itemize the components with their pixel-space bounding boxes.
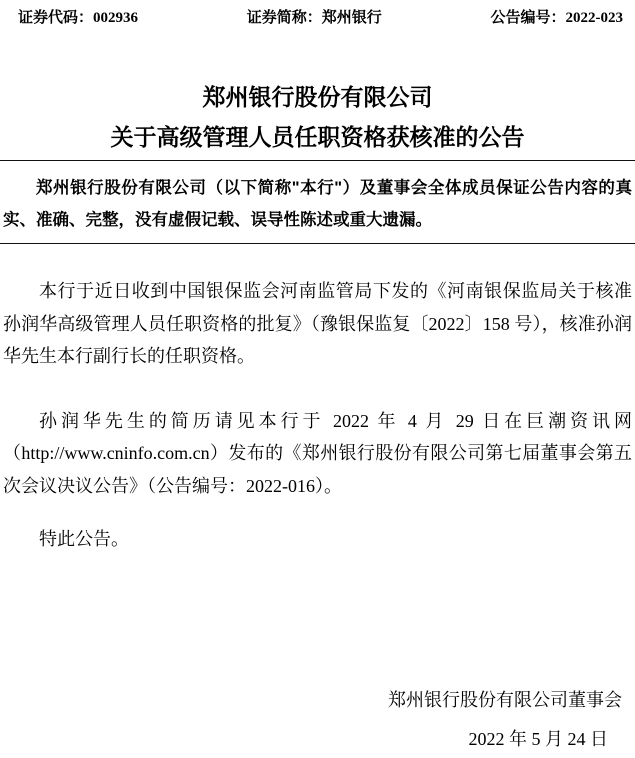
- notice-number: 公告编号：2022-023: [490, 9, 623, 27]
- paragraph-approval: 本行于近日收到中国银保监会河南监管局下发的《河南银保监局关于核准孙润华高级管理人…: [3, 275, 632, 373]
- security-header-row: 证券代码：002936 证券简称：郑州银行 公告编号：2022-023: [0, 0, 635, 27]
- paragraph-resume-reference: 孙润华先生的简历请见本行于 2022 年 4 月 29 日在巨潮资讯网（http…: [3, 405, 632, 503]
- title-subject: 关于高级管理人员任职资格获核准的公告: [0, 117, 635, 157]
- stock-name: 证券简称：郑州银行: [247, 9, 382, 26]
- announcement-body: 本行于近日收到中国银保监会河南监管局下发的《河南银保监局关于核准孙润华高级管理人…: [0, 275, 635, 556]
- stock-code: 证券代码：002936: [18, 9, 138, 27]
- stock-code-label: 证券代码：: [18, 9, 93, 26]
- notice-number-label: 公告编号：: [490, 9, 565, 26]
- signature-block: 郑州银行股份有限公司董事会 2022 年 5 月 24 日: [0, 689, 635, 758]
- signature-date: 2022 年 5 月 24 日: [0, 728, 635, 750]
- closing-statement: 特此公告。: [3, 523, 632, 556]
- stock-name-label: 证券简称：: [247, 9, 322, 26]
- signature-organization: 郑州银行股份有限公司董事会: [0, 689, 635, 711]
- notice-number-value: 2022-023: [566, 10, 624, 26]
- announcement-title: 郑州银行股份有限公司 关于高级管理人员任职资格获核准的公告: [0, 77, 635, 157]
- stock-code-value: 002936: [93, 10, 138, 26]
- title-company-name: 郑州银行股份有限公司: [0, 77, 635, 117]
- disclaimer-statement: 郑州银行股份有限公司（以下简称"本行"）及董事会全体成员保证公告内容的真实、准确…: [0, 161, 635, 243]
- stock-name-value: 郑州银行: [322, 9, 382, 26]
- announcement-page: 证券代码：002936 证券简称：郑州银行 公告编号：2022-023 郑州银行…: [0, 0, 635, 758]
- divider-below-disclaimer: [0, 243, 635, 244]
